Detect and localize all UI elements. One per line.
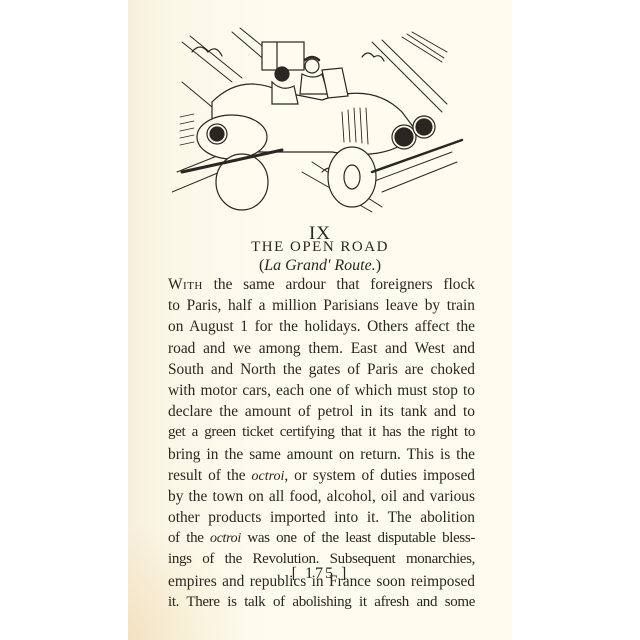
subtitle-paren-close: ) [376, 257, 381, 274]
text-line-2: to Paris, half a million Parisians leave… [168, 295, 475, 316]
text-line-3: on August 1 for the holidays. Others aff… [168, 316, 475, 337]
text-line-12: other products imported into it. The abo… [168, 507, 475, 528]
italic-octroi: octroi [251, 469, 284, 484]
vintage-car-illustration [172, 22, 472, 214]
chapter-subtitle: (La Grand' Route.) [128, 257, 512, 275]
text-line-4: road and we among them. East and West an… [168, 338, 475, 359]
text-line-5: South and North the gates of Paris are c… [168, 359, 475, 380]
text-line-13: of the octroi was one of the least dispu… [168, 528, 475, 549]
text-line-1: With the same ardour that foreigners flo… [168, 274, 475, 295]
body-text: With the same ardour that foreigners flo… [168, 274, 475, 613]
dropcap-word: With [168, 276, 203, 293]
text-line-9: bring in the same amount on return. This… [168, 444, 475, 465]
subtitle-french: La Grand' Route. [264, 257, 375, 274]
text-line-7: declare the amount of petrol in its tank… [168, 401, 475, 422]
page-number: [ 175 ] [128, 565, 512, 583]
text-line-10: result of the octroi, or system of dutie… [168, 465, 475, 486]
italic-octroi: octroi [210, 531, 241, 546]
text-line-16: it. There is talk of abolishing it afres… [168, 592, 475, 613]
text-line-8: get a green ticket certifying that it ha… [168, 422, 475, 443]
chapter-title: THE OPEN ROAD [128, 239, 512, 256]
text-line-11: by the town on all food, alcohol, oil an… [168, 486, 475, 507]
text-line-6: with motor cars, each one of which must … [168, 380, 475, 401]
